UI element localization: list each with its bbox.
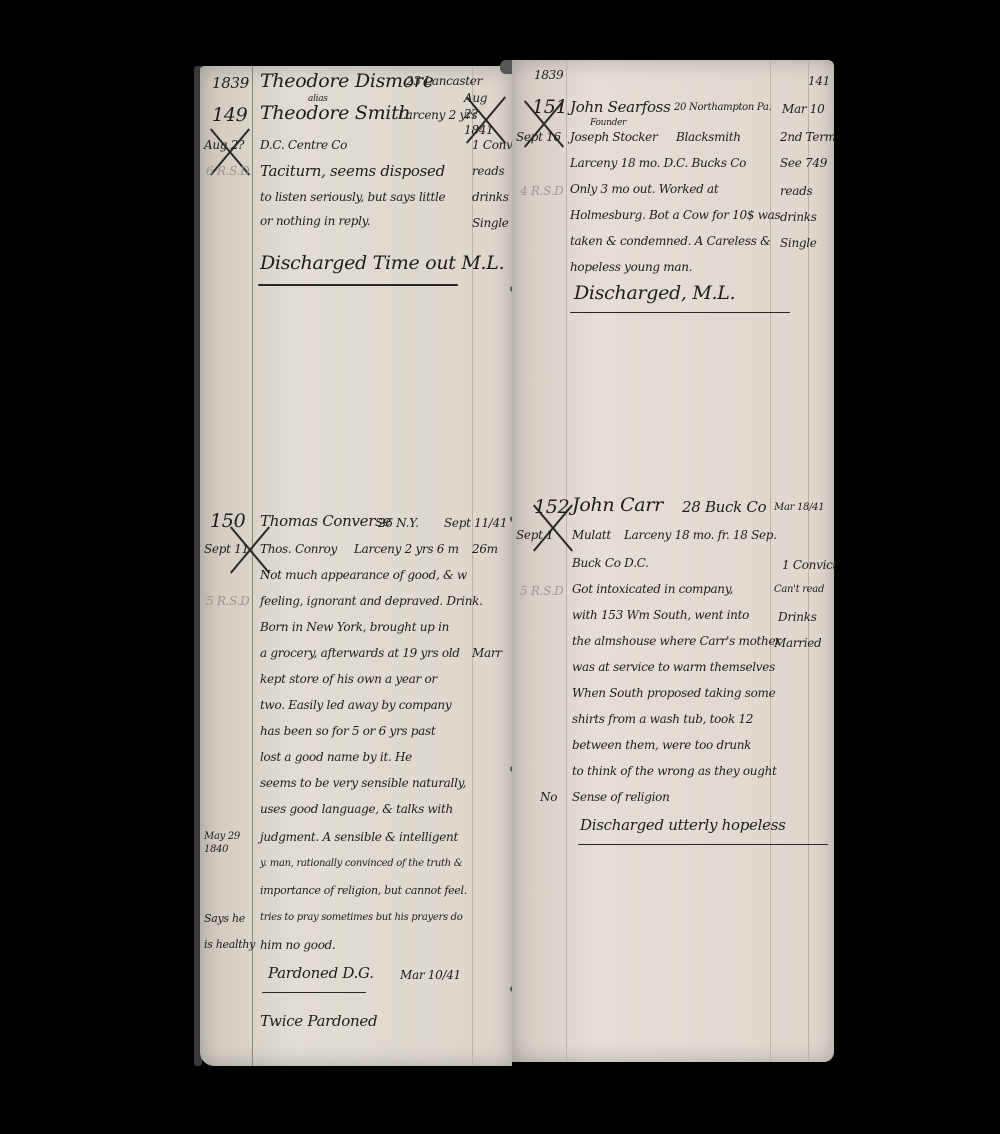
remark-line: importance of religion, but cannot feel.	[260, 884, 467, 897]
remark-line: hopeless young man.	[570, 260, 692, 274]
entry-date: Sept 16	[516, 130, 561, 144]
entry-alias-name: Thos. Conroy	[260, 542, 337, 556]
entry-court: Buck Co D.C.	[572, 556, 649, 570]
remark-line: uses good language, & talks with	[260, 802, 453, 816]
entry-alias-name: Joseph Stocker	[570, 130, 657, 144]
entry-age-place: 26 N.Y.	[378, 516, 419, 530]
discharge-note: Discharged Time out M.L.	[260, 252, 504, 274]
remark-line: Not much appearance of good, & w	[260, 568, 467, 582]
convict-note: 1 Convict	[782, 558, 837, 572]
margin-note: Single	[472, 216, 509, 230]
underline	[570, 312, 790, 313]
right-page: 1839 141 151 John Searfoss 20 Northampto…	[512, 60, 834, 1062]
underline	[262, 992, 366, 993]
entry-description: Mulatt	[572, 528, 611, 542]
alias-note: Founder	[590, 118, 626, 128]
margin-note: 4 R.S.D	[520, 184, 563, 198]
remark-line: Only 3 mo out. Worked at	[570, 182, 718, 196]
margin-note: reads	[780, 184, 812, 198]
remark-line: Taciturn, seems disposed	[260, 162, 445, 180]
remark-line: kept store of his own a year or	[260, 672, 437, 686]
page-number: 141	[808, 74, 830, 88]
margin-note: drinks	[780, 210, 817, 224]
remark-line: two. Easily led away by company	[260, 698, 451, 712]
entry-occupation: Blacksmith	[676, 130, 741, 144]
entry-crime: Larceny 18 mo. fr. 18 Sep.	[624, 528, 777, 542]
underline	[258, 284, 458, 286]
footer-note: Twice Pardoned	[260, 1012, 377, 1030]
remark-line: tries to pray sometimes but his prayers …	[260, 912, 463, 923]
remark-line: a grocery, afterwards at 19 yrs old	[260, 646, 460, 660]
entry-name: John Searfoss	[570, 98, 670, 116]
cross-mark	[462, 96, 508, 142]
remark-line: has been so for 5 or 6 yrs past	[260, 724, 435, 738]
entry-crime: Larceny 18 mo. D.C. Bucks Co	[570, 156, 746, 170]
underline	[578, 844, 828, 845]
margin-note: drinks	[472, 190, 509, 204]
margin-note: Drinks	[778, 610, 817, 624]
remark-line: Holmesburg. Bot a Cow for 10$ was	[570, 208, 780, 222]
remark-line: When South proposed taking some	[572, 686, 775, 700]
remark-line: lost a good name by it. He	[260, 750, 412, 764]
entry-age-place: 20 Northampton Pa.	[674, 102, 771, 113]
left-page: 1839 Theodore Dismore 23 Lancaster alias…	[200, 66, 512, 1066]
pardon-note: Pardoned D.G.	[268, 964, 374, 982]
margin-note: Says he	[204, 912, 245, 925]
entry-year: 1839	[534, 68, 563, 82]
remark-line: Born in New York, brought up in	[260, 620, 449, 634]
entry-release-date: Sept 11/41	[444, 516, 507, 530]
remark-line: with 153 Wm South, went into	[572, 608, 749, 622]
remark-line: the almshouse where Carr's mother	[572, 634, 781, 648]
entry-release-date: Mar 18/41	[774, 502, 824, 513]
entry-name: John Carr	[572, 494, 663, 516]
remark-line: y. man, rationally convinced of the trut…	[260, 858, 462, 869]
cross-mark	[214, 526, 284, 596]
ledger-book: 1839 Theodore Dismore 23 Lancaster alias…	[200, 66, 840, 1066]
entry-number: 149	[212, 104, 247, 126]
margin-note: 26m	[472, 542, 498, 556]
margin-note: 5 R.S.D	[206, 594, 249, 608]
margin-note: No	[540, 790, 557, 804]
remark-line: or nothing in reply.	[260, 214, 370, 228]
remark-line: was at service to warm themselves	[572, 660, 775, 674]
margin-note: is healthy	[204, 938, 255, 951]
entry-year: 1839	[212, 74, 249, 92]
margin-note-text: 6 R.S.D	[206, 164, 249, 178]
column-rule	[566, 60, 567, 1062]
margin-note: See 749	[780, 156, 827, 170]
remark-line: taken & condemned. A Careless &	[570, 234, 770, 248]
discharge-note: Discharged, M.L.	[574, 282, 735, 304]
remark-line: shirts from a wash tub, took 12	[572, 712, 753, 726]
margin-note: May 29 1840	[204, 830, 250, 856]
margin-note: 6 R.S.D	[206, 164, 249, 178]
remark-line: him no good.	[260, 938, 336, 952]
remark-line: feeling, ignorant and depraved. Drink.	[260, 594, 483, 608]
entry-crime: Larceny 2 yrs 6 m	[354, 542, 459, 556]
remark-line: Sense of religion	[572, 790, 670, 804]
entry-court: D.C. Centre Co	[260, 138, 347, 152]
remark-line: seems to be very sensible naturally,	[260, 776, 466, 790]
remark-line: Got intoxicated in company,	[572, 582, 733, 596]
margin-note: Marr	[472, 646, 502, 660]
margin-note: 2nd Term	[780, 130, 836, 144]
margin-note: reads	[472, 164, 504, 178]
remark-line: between them, were too drunk	[572, 738, 751, 752]
margin-note: 5 R.S.D	[520, 584, 563, 598]
remark-line: judgment. A sensible & intelligent	[260, 830, 458, 844]
entry-date: Sept 1	[516, 528, 553, 542]
entry-age-place: 23 Lancaster	[406, 74, 482, 88]
entry-age-place: 28 Buck Co	[682, 498, 766, 516]
discharge-note: Discharged utterly hopeless	[580, 816, 786, 834]
margin-note: Married	[774, 636, 821, 650]
remark-line: to think of the wrong as they ought	[572, 764, 777, 778]
entry-alias-name: Theodore Smith	[260, 102, 410, 124]
entry-release-date: Mar 10	[782, 102, 824, 116]
margin-note: Single	[780, 236, 817, 250]
remark-line: to listen seriously, but says little	[260, 190, 445, 204]
pardon-date: Mar 10/41	[400, 968, 461, 982]
margin-note: Can't read	[774, 584, 824, 595]
